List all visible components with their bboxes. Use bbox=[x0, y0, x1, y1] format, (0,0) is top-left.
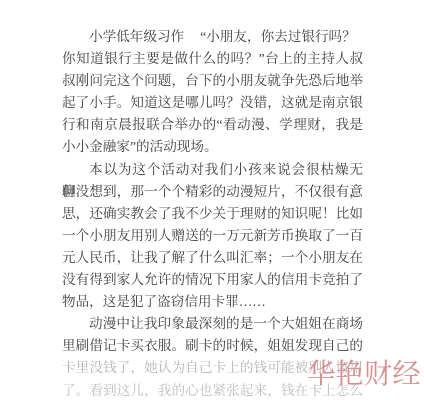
text-line: 你知道银行主要是做什么的吗？”台上的主持人叔 bbox=[62, 48, 363, 70]
essay-text-block: 小学低年级习作“小朋友，你去过银行吗？ 你知道银行主要是做什么的吗？”台上的主持… bbox=[62, 26, 363, 400]
text-line: 思，还确实教会了我不少关于理财的知识呢！比如 bbox=[62, 203, 363, 225]
text-line: 里刷借记卡买衣服。刷卡的时候，姐姐发现自己的 bbox=[62, 335, 363, 357]
text-line: 行和南京晨报联合举办的“看动漫、学理财，我是 bbox=[62, 114, 363, 136]
text-line: 本以为这个活动对我们小孩来说会很枯燥无聊， bbox=[62, 159, 363, 181]
label-quote-gap bbox=[184, 40, 200, 41]
text-line: 一个小朋友用别人赠送的一万元新芳币换取了一百 bbox=[62, 225, 363, 247]
text-line: 动漫中让我印象最深刻的是一个大姐姐在商场 bbox=[62, 313, 363, 335]
text-line: 物品，这是犯了盗窃信用卡罪…… bbox=[62, 291, 363, 313]
article-page: 小学低年级习作“小朋友，你去过银行吗？ 你知道银行主要是做什么的吗？”台上的主持… bbox=[0, 0, 424, 400]
text-line: 元人民币，让我了解了什么叫汇率；一个小朋友在 bbox=[62, 247, 363, 269]
watermark-text: 华艳财经 bbox=[307, 358, 421, 390]
text-line: 但没想到，那一个个精彩的动漫短片，不仅很有意 bbox=[62, 181, 363, 203]
text-line: 起了小手。知道这是哪儿吗？没错，这就是南京银 bbox=[62, 92, 363, 114]
essay-opening-quote: “小朋友，你去过银行吗？ bbox=[200, 29, 356, 44]
paragraph-indent bbox=[62, 40, 89, 41]
text-line: 叔刚问完这个问题，台下的小朋友就争先恐后地举 bbox=[62, 70, 363, 92]
text-line: 小小金融家”的活动现场。 bbox=[62, 136, 363, 158]
text-line: 没有得到家人允许的情况下用家人的信用卡竞拍了 bbox=[62, 269, 363, 291]
text-line: 小学低年级习作“小朋友，你去过银行吗？ bbox=[62, 26, 363, 48]
essay-grade-label: 小学低年级习作 bbox=[89, 29, 184, 44]
